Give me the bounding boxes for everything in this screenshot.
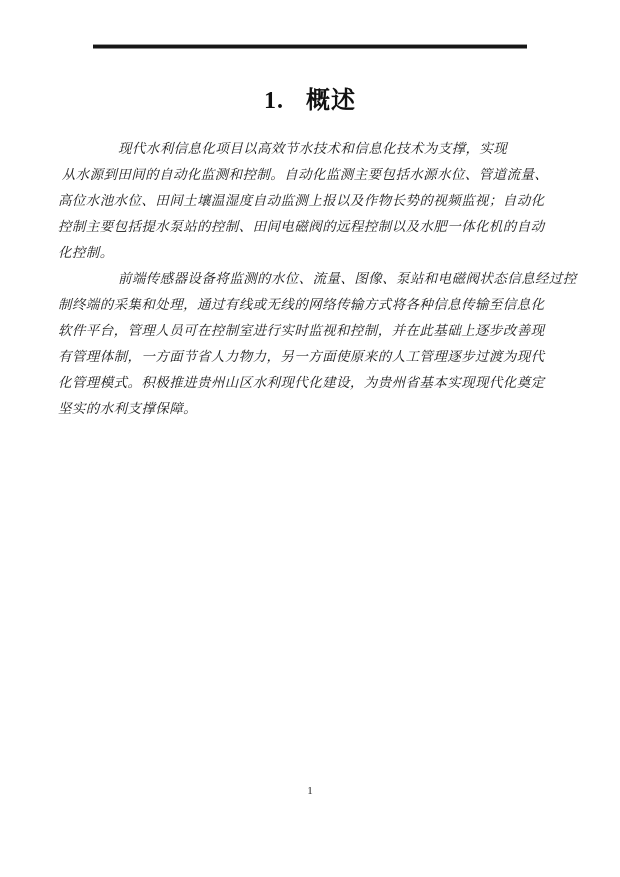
paragraph: 现代水利信息化项目以高效节水技术和信息化技术为支撑，实现 从水源到田间的自动化监… [58,136,536,266]
section-title: 概述 [306,88,356,114]
text-line: 化控制。 [58,240,536,266]
text-line: 控制主要包括提水泵站的控制、田间电磁阀的远程控制以及水肥一体化机的自动 [58,214,536,240]
text-line: 制终端的采集和处理，通过有线或无线的网络传输方式将各种信息传输至信息化 [58,292,536,318]
text-line: 前端传感器设备将监测的水位、流量、图像、泵站和电磁阀状态信息经过控 [58,266,536,292]
text-line: 现代水利信息化项目以高效节水技术和信息化技术为支撑，实现 [58,136,536,162]
text-line: 从水源到田间的自动化监测和控制。自动化监测主要包括水源水位、管道流量、 [58,162,536,188]
section-number: 1. [264,88,284,114]
text-line: 有管理体制，一方面节省人力物力，另一方面使原来的人工管理逐步过渡为现代 [58,344,536,370]
text-line: 坚实的水利支撑保障。 [58,396,536,422]
paragraph: 前端传感器设备将监测的水位、流量、图像、泵站和电磁阀状态信息经过控制终端的采集和… [58,266,536,422]
section-heading: 1.概述 [0,80,620,115]
header-rule [93,44,527,49]
text-line: 高位水池水位、田间土壤温湿度自动监测上报以及作物长势的视频监视；自动化 [58,188,536,214]
body-paragraphs: 现代水利信息化项目以高效节水技术和信息化技术为支撑，实现 从水源到田间的自动化监… [58,136,536,422]
text-line: 软件平台，管理人员可在控制室进行实时监视和控制，并在此基础上逐步改善现 [58,318,536,344]
page-number: 1 [0,785,620,797]
document-page: 1.概述 现代水利信息化项目以高效节水技术和信息化技术为支撑，实现 从水源到田间… [0,0,620,877]
text-line: 化管理模式。积极推进贵州山区水利现代化建设，为贵州省基本实现现代化奠定 [58,370,536,396]
